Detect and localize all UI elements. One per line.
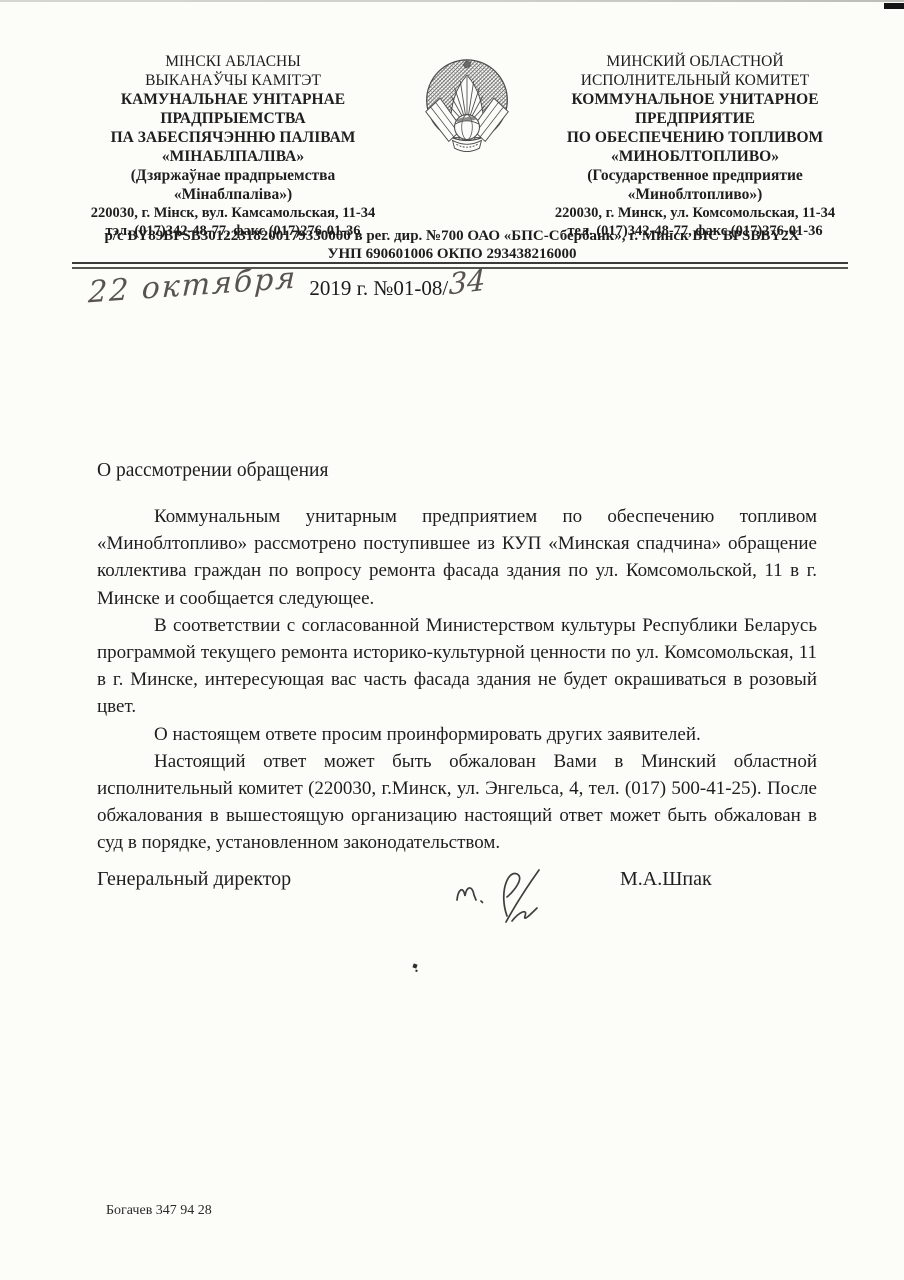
bank-account-line: р/с BY89BPSB30122318200179330000 в рег. … (57, 227, 847, 245)
signer-name: М.А.Шпак (620, 868, 712, 891)
org-line: «Мінаблпаліва») (52, 185, 414, 204)
letter-body: Коммунальным унитарным предприятием по о… (97, 503, 817, 857)
org-address: 220030, г. Минск, ул. Комсомольская, 11-… (520, 204, 870, 222)
org-line: ПА ЗАБЕСПЯЧЭННЮ ПАЛІВАМ (52, 128, 414, 147)
reference-line: 22 октября 2019 г. №01-08/ 34 (88, 268, 486, 303)
org-block-belarusian: МІНСКІ АБЛАСНЫ ВЫКАНАЎЧЫ КАМІТЭТ КАМУНАЛ… (52, 52, 414, 240)
org-line: «МІНАБЛПАЛІВА» (52, 147, 414, 166)
org-line: МІНСКІ АБЛАСНЫ (52, 52, 414, 71)
handwritten-number: 34 (449, 263, 486, 302)
signature-icon (449, 854, 579, 929)
scan-speck-artifact (412, 963, 417, 968)
executor-note: Богачев 347 94 28 (106, 1203, 212, 1219)
belarus-coat-of-arms-icon (419, 54, 515, 154)
org-line: МИНСКИЙ ОБЛАСТНОЙ (520, 52, 870, 71)
document-number-prefix: 2019 г. №01-08/ (309, 276, 448, 301)
handwritten-date: 22 октября (88, 261, 298, 311)
bank-details: р/с BY89BPSB30122318200179330000 в рег. … (57, 227, 847, 263)
paragraph: В соответствии с согласованной Министерс… (97, 612, 817, 721)
scan-corner-artifact (884, 3, 904, 9)
paragraph: Коммунальным унитарным предприятием по о… (97, 503, 817, 612)
org-line: (Дзяржаўнае прадпрыемства (52, 166, 414, 185)
org-line: «Миноблтопливо») (520, 185, 870, 204)
scan-edge-artifact (0, 0, 904, 2)
paragraph: О настоящем ответе просим проинформирова… (97, 721, 817, 748)
org-line: «МИНОБЛТОПЛИВО» (520, 147, 870, 166)
org-line: ПРАДПРЫЕМСТВА (52, 109, 414, 128)
scanned-letter-page: МІНСКІ АБЛАСНЫ ВЫКАНАЎЧЫ КАМІТЭТ КАМУНАЛ… (0, 0, 904, 1280)
org-address: 220030, г. Мінск, вул. Камсамольская, 11… (52, 204, 414, 222)
org-line: (Государственное предприятие (520, 166, 870, 185)
signer-title: Генеральный директор (97, 868, 291, 891)
org-line: ПО ОБЕСПЕЧЕНИЮ ТОПЛИВОМ (520, 128, 870, 147)
subject-line: О рассмотрении обращения (97, 460, 328, 482)
org-line: ВЫКАНАЎЧЫ КАМІТЭТ (52, 71, 414, 90)
org-line: КАМУНАЛЬНАЕ УНІТАРНАЕ (52, 90, 414, 109)
org-line: ИСПОЛНИТЕЛЬНЫЙ КОМИТЕТ (520, 71, 870, 90)
paragraph: Настоящий ответ может быть обжалован Вам… (97, 748, 817, 857)
signature-block: Генеральный директор М.А.Шпак (97, 868, 819, 928)
bank-codes-line: УНП 690601006 ОКПО 293438216000 (57, 245, 847, 263)
org-block-russian: МИНСКИЙ ОБЛАСТНОЙ ИСПОЛНИТЕЛЬНЫЙ КОМИТЕТ… (520, 52, 870, 240)
org-line: КОММУНАЛЬНОЕ УНИТАРНОЕ (520, 90, 870, 109)
letterhead: МІНСКІ АБЛАСНЫ ВЫКАНАЎЧЫ КАМІТЭТ КАМУНАЛ… (52, 52, 870, 240)
org-line: ПРЕДПРИЯТИЕ (520, 109, 870, 128)
